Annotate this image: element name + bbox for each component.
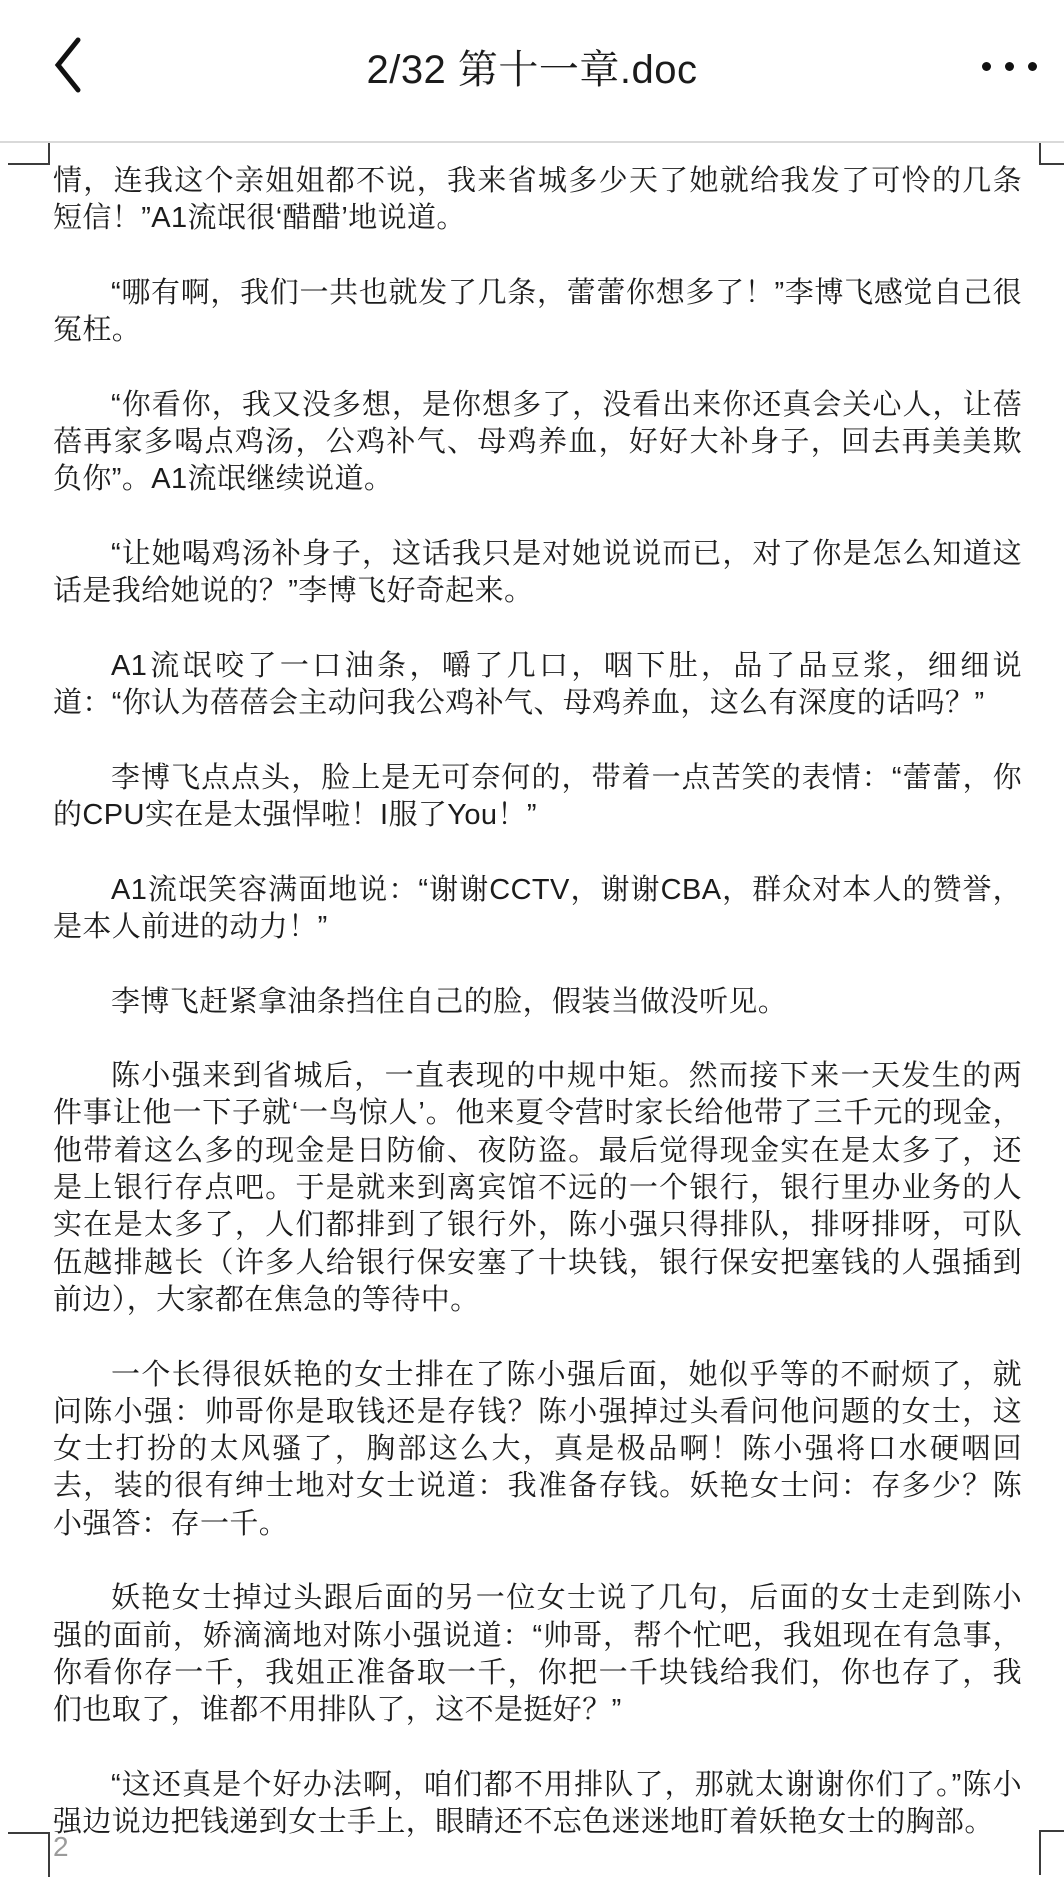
ellipsis-icon — [1028, 62, 1037, 71]
document-title: 2/32 第十一章.doc — [160, 0, 904, 132]
document-viewport[interactable]: 情，连我这个亲姐姐都不说，我来省城多少天了她就给我发了可怜的几条短信！”A1流氓… — [0, 143, 1064, 1891]
paragraph: A1流氓咬了一口油条，嚼了几口，咽下肚，品了品豆浆，细细说道：“你认为蓓蓓会主动… — [53, 648, 1022, 723]
more-button[interactable] — [972, 40, 1046, 92]
chevron-left-icon — [54, 37, 82, 96]
ellipsis-icon — [982, 62, 991, 71]
page-number: 2 — [53, 1832, 69, 1862]
paragraph: “这还真是个好办法啊，咱们都不用排队了，那就太谢谢你们了。”陈小强边说边把钱递到… — [53, 1767, 1022, 1842]
paragraph: “让她喝鸡汤补身子，这话我只是对她说说而已，对了你是怎么知道这话是我给她说的？”… — [53, 536, 1022, 611]
paragraph: 妖艳女士掉过头跟后面的另一位女士说了几句，后面的女士走到陈小强的面前，娇滴滴地对… — [53, 1580, 1022, 1729]
paragraph: 李博飞赶紧拿油条挡住自己的脸，假装当做没听见。 — [53, 984, 1022, 1021]
paragraph: “哪有啊，我们一共也就发了几条，蕾蕾你想多了！”李博飞感觉自己很冤枉。 — [53, 275, 1022, 350]
toolbar: 2/32 第十一章.doc — [0, 0, 1064, 141]
ellipsis-icon — [1005, 62, 1014, 71]
document-body: 情，连我这个亲姐姐都不说，我来省城多少天了她就给我发了可怜的几条短信！”A1流氓… — [53, 163, 1022, 1879]
paragraph: A1流氓笑容满面地说：“谢谢CCTV，谢谢CBA，群众对本人的赞誉，是本人前进的… — [53, 872, 1022, 947]
paragraph: 情，连我这个亲姐姐都不说，我来省城多少天了她就给我发了可怜的几条短信！”A1流氓… — [53, 163, 1022, 238]
paragraph: “你看你，我又没多想，是你想多了，没看出来你还真会关心人，让蓓蓓再家多喝点鸡汤，… — [53, 387, 1022, 499]
paragraph: 李博飞点点头，脸上是无可奈何的，带着一点苦笑的表情：“蕾蕾，你的CPU实在是太强… — [53, 760, 1022, 835]
back-button[interactable] — [40, 28, 96, 104]
paragraph: 一个长得很妖艳的女士排在了陈小强后面，她似乎等的不耐烦了，就问陈小强：帅哥你是取… — [53, 1357, 1022, 1543]
paragraph: 陈小强来到省城后，一直表现的中规中矩。然而接下来一天发生的两件事让他一下子就‘一… — [53, 1058, 1022, 1319]
